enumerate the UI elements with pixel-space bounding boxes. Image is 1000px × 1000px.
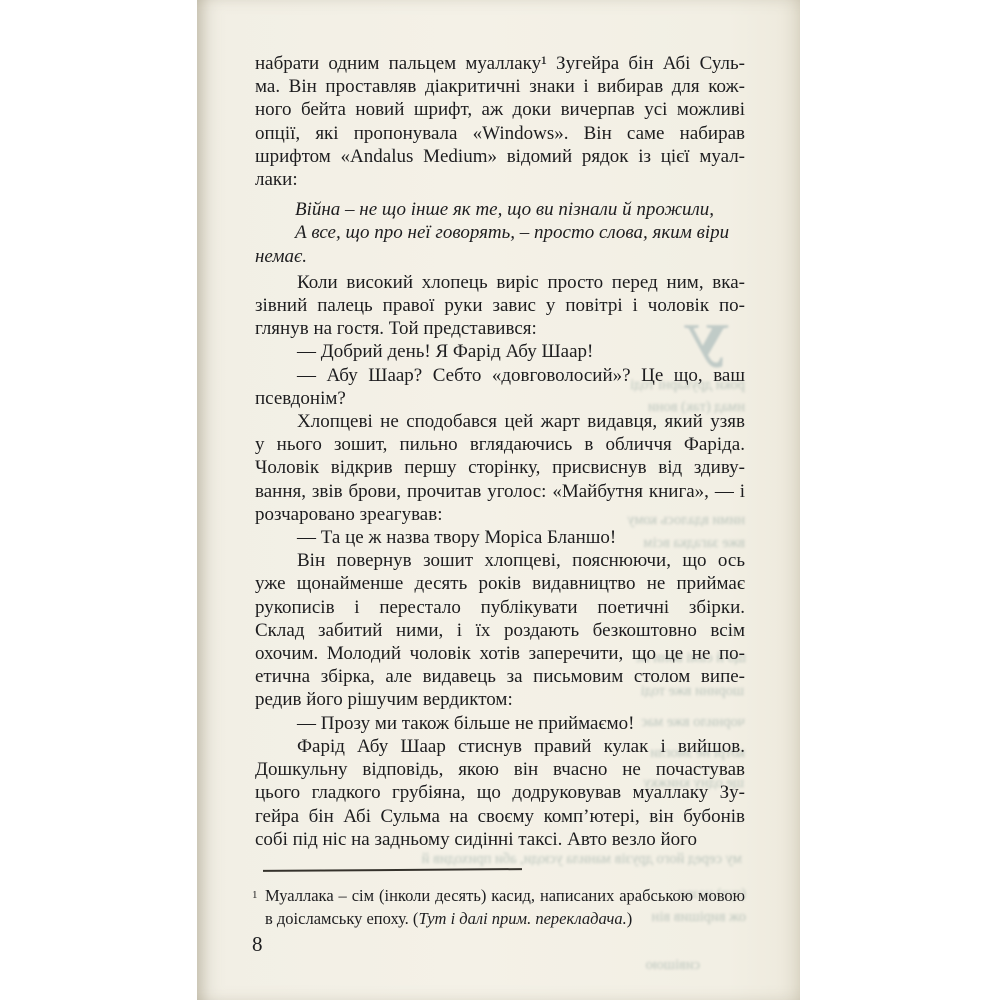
text-line: у нього зошит, пильно вглядаючись в обли…	[255, 433, 745, 456]
text-line: Чоловік відкрив першу сторінку, присвисн…	[255, 456, 745, 479]
verse-line: А все, що про неї говорять, – просто сло…	[255, 221, 745, 244]
paragraph: — Добрий день! Я Фарід Абу Шаар!	[255, 340, 745, 363]
footnote-marker: 1	[252, 884, 258, 907]
footnote-separator	[263, 868, 522, 872]
text-line: етична збірка, але видавець за письмовим…	[255, 665, 745, 688]
text-line: набрати одним пальцем муаллаку¹ Зугейра …	[255, 52, 745, 75]
footnote-text: )	[627, 909, 633, 928]
text-line: рукописів і перестало публікувати поетич…	[255, 596, 745, 619]
text-line: Дошкульну відповідь, якою він вчасно не …	[255, 758, 745, 781]
text-line: розчаровано зреагував:	[255, 503, 745, 526]
text-line: гейра бін Абі Сульма на своєму комп’ютер…	[255, 805, 745, 828]
book-page: У роки друкарні тодінмад (так) вониними …	[197, 0, 800, 1000]
scanned-book-page: У роки друкарні тодінмад (так) вониними …	[0, 0, 1000, 1000]
text-line: ма. Він проставляв діакритичні знаки і в…	[255, 75, 745, 98]
footnote-line: в доісламську епоху. (Тут і далі прим. п…	[252, 907, 745, 930]
show-through-line: му серед його друзів манила усюди, аби п…	[262, 851, 742, 868]
paragraph: набрати одним пальцем муаллаку¹ Зугейра …	[255, 52, 745, 191]
text-line: цього гладкого грубіяна, що додруковував…	[255, 781, 745, 804]
paragraph: Фарід Абу Шаар стиснув правий кулак і ви…	[255, 735, 745, 851]
text-line: Коли високий хлопець виріс просто перед …	[255, 271, 745, 294]
text-line: опції, які пропонувала «Windows». Він са…	[255, 122, 745, 145]
text-line: зівний палець правої руки завис у повітр…	[255, 294, 745, 317]
footnote-translator-note: Тут і далі прим. перекладача.	[418, 909, 626, 928]
text-line: лаки:	[255, 168, 745, 191]
text-line: Хлопцеві не сподобався цей жарт видавця,…	[255, 410, 745, 433]
text-line: вання, звів брови, прочитав уголос: «Май…	[255, 480, 745, 503]
footnote-line: 1Муаллака – сім (інколи десять) касид, н…	[252, 884, 745, 907]
text-line: Він повернув зошит хлопцеві, пояснюючи, …	[255, 549, 745, 572]
text-line: ного бейта новий шрифт, аж доки вичерпав…	[255, 98, 745, 121]
text-line: глянув на гостя. Той представився:	[255, 317, 745, 340]
paragraph: — Прозу ми також більше не приймаємо!	[255, 712, 745, 735]
text-line: — Абу Шаар? Себто «довговолосий»? Це що,…	[255, 364, 745, 387]
footnote-text: Муаллака – сім (інколи десять) касид, на…	[265, 886, 745, 905]
footnote-text: в доісламську епоху. (	[265, 909, 418, 928]
text-line: — Прозу ми також більше не приймаємо!	[255, 712, 745, 735]
text-line: псевдонім?	[255, 387, 745, 410]
paragraph: Хлопцеві не сподобався цей жарт видавця,…	[255, 410, 745, 526]
verse-paragraph: Війна – не що інше як те, що ви пізнали …	[255, 198, 745, 268]
paragraph: Коли високий хлопець виріс просто перед …	[255, 271, 745, 341]
body-text: набрати одним пальцем муаллаку¹ Зугейра …	[255, 52, 745, 851]
text-line: охочим. Молодий чоловік хотів заперечити…	[255, 642, 745, 665]
text-line: шрифтом «Andalus Medium» відомий рядок і…	[255, 145, 745, 168]
text-line: уже щонайменше десять років видавництво …	[255, 572, 745, 595]
text-line: Фарід Абу Шаар стиснув правий кулак і ви…	[255, 735, 745, 758]
paragraph: — Абу Шаар? Себто «довговолосий»? Це що,…	[255, 364, 745, 410]
paragraph: — Та це ж назва твору Моріса Бланшо!	[255, 526, 745, 549]
paragraph: Він повернув зошит хлопцеві, пояснюючи, …	[255, 549, 745, 711]
verse-line: немає.	[255, 245, 745, 268]
text-line: — Добрий день! Я Фарід Абу Шаар!	[255, 340, 745, 363]
page-number: 8	[252, 932, 263, 957]
verse-line: Війна – не що інше як те, що ви пізнали …	[255, 198, 745, 221]
text-line: собі під ніс на задньому сидінні таксі. …	[255, 828, 745, 851]
show-through-line: сивішою	[560, 957, 700, 974]
text-line: — Та це ж назва твору Моріса Бланшо!	[255, 526, 745, 549]
footnote: 1Муаллака – сім (інколи десять) касид, н…	[252, 884, 745, 930]
text-line: редив його рішучим вердиктом:	[255, 688, 745, 711]
text-line: Склад забитий ними, і їх роздають безкош…	[255, 619, 745, 642]
